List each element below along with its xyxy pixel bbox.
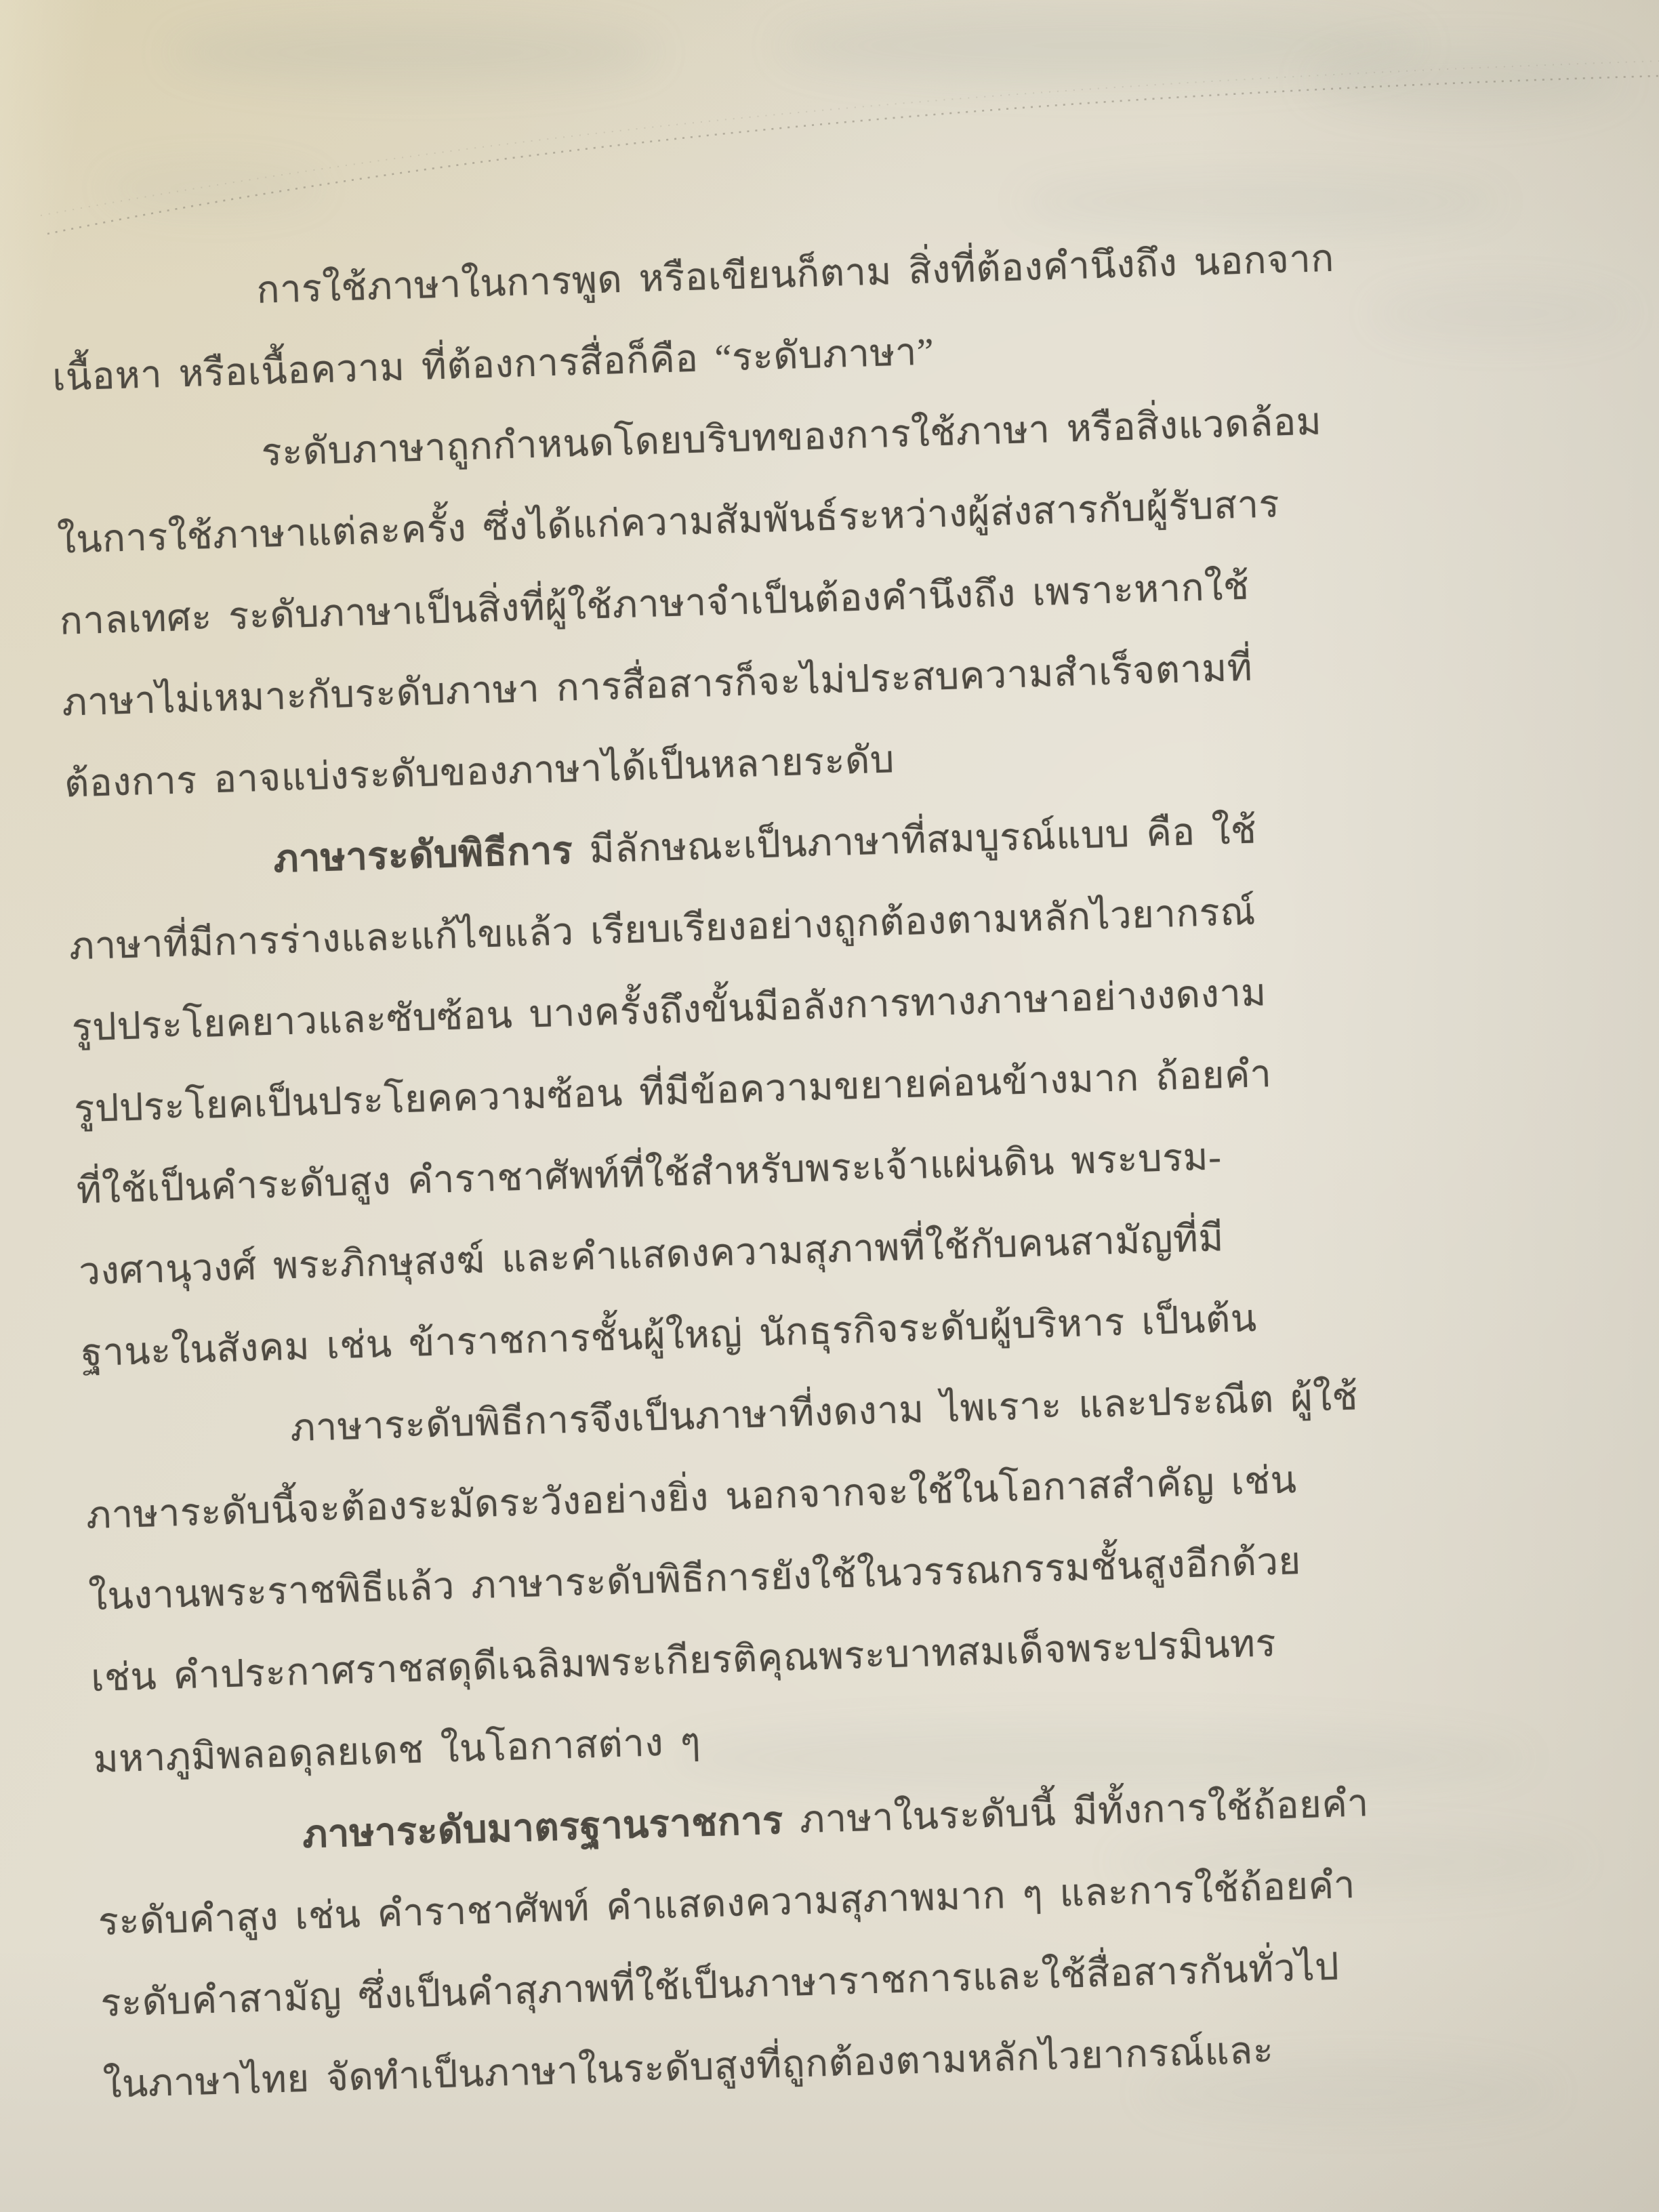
page-bleedthrough xyxy=(169,20,657,85)
book-page-photo: { "page": { "paper_color": "#e3ded0", "i… xyxy=(0,0,1659,2212)
page-bleedthrough xyxy=(1308,47,1620,112)
line-text: ภาษาในระดับนี้ มีทั้งการใช้ถ้อยคำ xyxy=(783,1782,1370,1842)
paragraph: ภาษาระดับพิธีการจึงเป็นภาษาที่งดงาม ไพเร… xyxy=(83,1348,1646,1801)
paragraph-lead: ภาษาระดับมาตรฐานราชการ xyxy=(302,1800,783,1856)
paragraph-lead: ภาษาระดับพิธีการ xyxy=(273,829,573,880)
paragraph: ภาษาระดับพิธีการ มีลักษณะเป็นภาษาที่สมบู… xyxy=(66,779,1634,1395)
line-text: มีลักษณะเป็นภาษาที่สมบูรณ์แบบ คือ ใช้ xyxy=(572,810,1257,872)
page-bleedthrough xyxy=(779,10,1423,81)
page-text: การใช้ภาษาในการพูด หรือเขียนก็ตาม สิ่งที… xyxy=(49,210,1656,2126)
paragraph: ระดับภาษาถูกกำหนดโดยบริบทของการใช้ภาษา ห… xyxy=(54,373,1617,825)
paragraph: ภาษาระดับมาตรฐานราชการ ภาษาในระดับนี้ มี… xyxy=(95,1755,1656,2126)
page-bleedthrough xyxy=(102,163,325,213)
